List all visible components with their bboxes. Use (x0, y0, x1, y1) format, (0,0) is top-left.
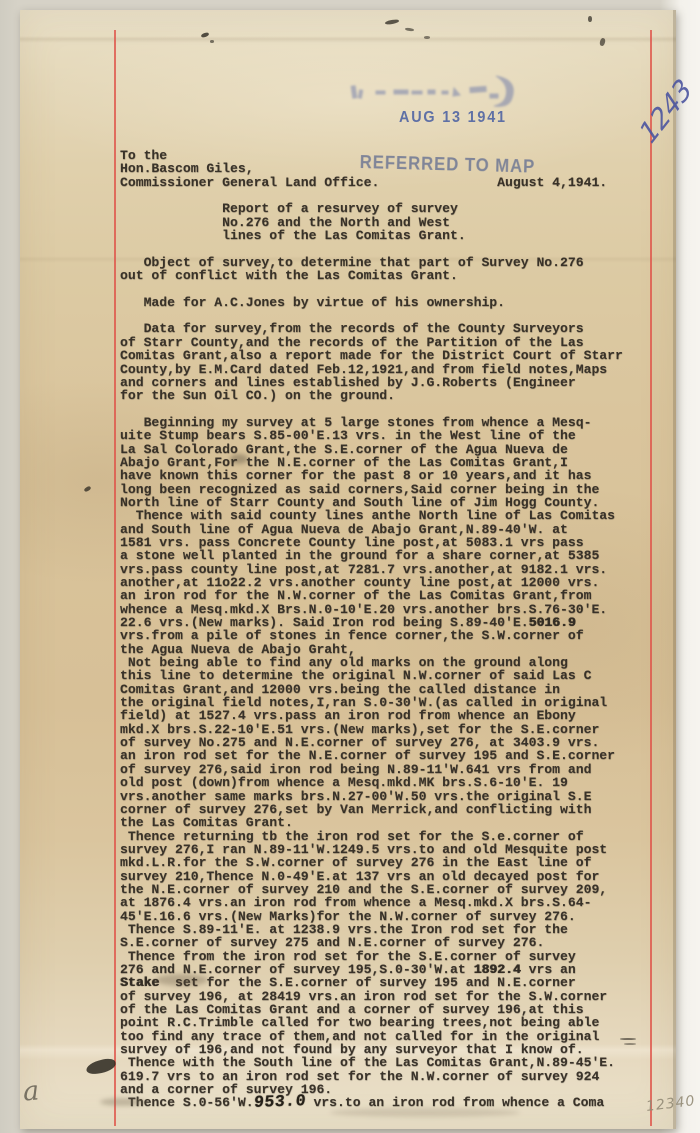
typed-line: for the Sun Oil CO.) on the ground. (120, 389, 623, 402)
typed-line: Thence returning tb the iron rod set for… (120, 830, 623, 843)
typed-line: 45'E.16.6 vrs.(New Marks)for the N.W.cor… (120, 910, 623, 923)
ink-speck (201, 32, 210, 38)
typed-line: survey 276,I ran N.89-11'W.1249.5 vrs.to… (120, 843, 623, 856)
typed-line: another,at 11o22.2 vrs.another county li… (120, 576, 623, 589)
typed-line: this line to determine the original N.W.… (120, 669, 623, 682)
typed-line: Stake set for the S.E.corner of survey 1… (120, 976, 623, 989)
ink-mark-equals (620, 1038, 636, 1040)
typed-line: La Sal Colorado Grant,the S.E.corner of … (120, 443, 623, 456)
ink-speck (588, 16, 592, 22)
typed-line: point R.C.Trimble called for two bearing… (120, 1016, 623, 1029)
faded-received-stamp (350, 70, 550, 110)
typed-line: survey of 196,and not found by any surve… (120, 1043, 623, 1056)
ink-speck (83, 486, 91, 493)
scanned-document-page: { "colors": { "paper": "#d8c299", "margi… (0, 0, 700, 1133)
date-received-stamp: AUG 13 1941 (399, 109, 507, 127)
ink-speck (424, 36, 430, 39)
typed-line: Thence S.0-56'W.953.0 vrs.to an iron rod… (120, 1096, 623, 1109)
typed-line: Beginning my survey at 5 large stones fr… (120, 416, 623, 429)
typed-line: vrs.from a pile of stones in fence corne… (120, 629, 623, 642)
typed-line: No.276 and the North and West (120, 216, 623, 229)
typed-line: corner of survey 276,set by Van Merrick,… (120, 803, 623, 816)
handwritten-document-number: 12340 (645, 1093, 696, 1115)
typed-line (120, 403, 623, 416)
typed-line: a stone well planted in the ground for a… (120, 549, 623, 562)
typed-line: of survey 276,said iron rod being N.89-1… (120, 763, 623, 776)
typed-line: the N.E.corner of survey 210 and the S.E… (120, 883, 623, 896)
typed-line: of survey No.275 and N.E.corner of surve… (120, 736, 623, 749)
ink-mark-equals (624, 1043, 636, 1045)
typed-line: out of conflict with the Las Comitas Gra… (120, 269, 623, 282)
typed-line: of survey 196, at 28419 vrs.an iron rod … (120, 990, 623, 1003)
typed-text: To theHon.Bascom Giles,Commissioner Gene… (120, 149, 623, 1110)
typed-line: too find any trace of them,and not calle… (120, 1030, 623, 1043)
typed-line: uite Stump bears S.85-00'E.13 vrs. in th… (120, 429, 623, 442)
typed-line: and South line of Agua Nueva de Abajo Gr… (120, 523, 623, 536)
ink-speck (599, 37, 606, 46)
left-margin-rule (114, 30, 116, 1126)
typed-line: the Las Comitas Grant. (120, 816, 623, 829)
typed-line: lines of the Las Comitas Grant. (120, 229, 623, 242)
ink-speck (385, 19, 399, 25)
ink-speck (210, 40, 214, 43)
typed-line: 22.6 vrs.(New marks). Said Iron rod bein… (120, 616, 623, 629)
typed-line: North line of Starr County and South lin… (120, 496, 623, 509)
typed-line: 276 and N.E.corner of survey 195,S.0-30'… (120, 963, 623, 976)
paper-edge-shade (673, 10, 676, 1129)
typed-line: Not being able to find any old marks on … (120, 656, 623, 669)
typed-line: Comitas Grant,and 12000 vrs.being the ca… (120, 683, 623, 696)
typed-line: County,by E.M.Card dated Feb.12,1921,and… (120, 363, 623, 376)
typed-line: have known this corner for the past 8 or… (120, 469, 623, 482)
typed-line (120, 189, 623, 202)
typed-line: an iron rod set for the N.E.corner of su… (120, 749, 623, 762)
typed-line: long been recognized as said corners,Sai… (120, 483, 623, 496)
typed-line: Report of a resurvey of survey (120, 202, 623, 215)
typed-line: Commissioner General Land Office. August… (120, 176, 623, 189)
typed-line: of the Las Comitas Grant and a corner of… (120, 1003, 623, 1016)
typed-line: and corners and lines established by J.G… (120, 376, 623, 389)
typed-line: 1581 vrs. pass Concrete County line post… (120, 536, 623, 549)
letter-paper: To theHon.Bascom Giles,Commissioner Gene… (20, 10, 676, 1129)
typed-line: Thence with said county lines anthe Nort… (120, 509, 623, 522)
typed-line: Thence from the iron rod set for the S.E… (120, 950, 623, 963)
typed-line: the Agua Nueva de Abajo Graht, (120, 643, 623, 656)
typed-line: vrs.pass county line post,at 7281.7 vrs.… (120, 563, 623, 576)
typed-line: old post (down)from whence a Mesq.mkd.MK… (120, 776, 623, 789)
handwritten-letter-a: a (22, 1075, 40, 1107)
typed-line: S.E.corner of survey 275 and N.E.corner … (120, 936, 623, 949)
typed-line: field) at 1527.4 vrs.pass an iron rod fr… (120, 709, 623, 722)
right-margin-rule (650, 30, 652, 1126)
typed-line (120, 282, 623, 295)
typed-line: Object of survey,to determine that part … (120, 256, 623, 269)
ink-speck (405, 27, 414, 31)
faded-stamp-marks (350, 70, 550, 110)
typed-line (120, 309, 623, 322)
typed-line: vrs.another same marks brs.N.27-00'W.50 … (120, 790, 623, 803)
typed-line: and a corner of survey 196. (120, 1083, 623, 1096)
typed-line: mkd.L.R.for the S.W.corner of survey 276… (120, 856, 623, 869)
typed-line: an iron rod for the N.W.corner of the La… (120, 589, 623, 602)
typed-line: the original field notes,I,ran S.0-30'W.… (120, 696, 623, 709)
typed-line: Data for survey,from the records of the … (120, 322, 623, 335)
typed-line: Abajo Grant,For the N.E.corner of the La… (120, 456, 623, 469)
typed-line: at 1876.4 vrs.an iron rod from whence a … (120, 896, 623, 909)
handwritten-overwrite-value: 953.0 (253, 1096, 306, 1108)
typed-line: of Starr County,and the records of the P… (120, 336, 623, 349)
typed-line: Comitas Grant,also a report made for the… (120, 349, 623, 362)
typed-line: whence a Mesq.mkd.X Brs.N.0-10'E.20 vrs.… (120, 603, 623, 616)
typed-line: 619.7 vrs to an iron rod set for the N.W… (120, 1070, 623, 1083)
typed-line: Thence S.89-11'E. at 1238.9 vrs.the Iron… (120, 923, 623, 936)
ink-blot (85, 1057, 117, 1076)
typed-line: Made for A.C.Jones by virtue of his owne… (120, 296, 623, 309)
typed-line: mkd.X brs.S.22-10'E.51 vrs.(New marks),s… (120, 723, 623, 736)
handwritten-file-number: 1243 (634, 73, 698, 150)
typed-line (120, 242, 623, 255)
typed-line: Thence with the South line of the Las Co… (120, 1056, 623, 1069)
typed-line: survey 210,Thence N.0-49'E.at 137 vrs an… (120, 870, 623, 883)
